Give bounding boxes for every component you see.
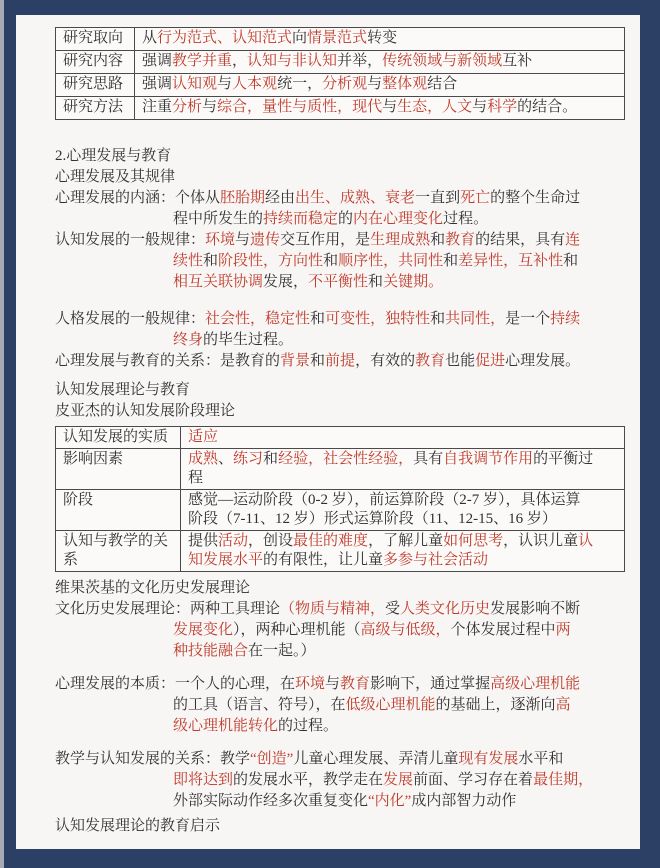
row-content: 注重分析与综合，量性与质性，现代与生态，人文与科学的结合。 [135,97,625,120]
table-row: 研究思路 强调认知观与人本观统一，分析观与整体观结合 [56,74,625,97]
cognitive-theory-heading: 认知发展理论与教育 [55,380,622,401]
row-content: 感觉—运动阶段（0-2 岁），前运算阶段（2-7 岁），具体运算阶段（7-11、… [181,490,625,531]
table-row: 认知与教学的关系 提供活动，创设最佳的难度，了解儿童如何思考，认识儿童认知发展水… [56,531,625,572]
piaget-theory-heading: 皮亚杰的认知发展阶段理论 [55,401,622,422]
row-label: 认知发展的实质 [56,427,181,449]
row-content: 强调认知观与人本观统一，分析观与整体观结合 [135,74,625,97]
document-page: 研究取向 从行为范式、认知范式向情景范式转变 研究内容 强调教学并重，认知与非认… [16,15,640,849]
table-row: 研究内容 强调教学并重，认知与非认知并举，传统领域与新领域互补 [56,51,625,74]
paragraph-nature-of-development: 心理发展的本质：一个人的心理，在环境与教育影响下，通过掌握高级心理机能的工具（语… [55,674,622,737]
row-content: 强调教学并重，认知与非认知并举，传统领域与新领域互补 [135,51,625,74]
row-label: 研究内容 [56,51,135,74]
table-row: 研究取向 从行为范式、认知范式向情景范式转变 [56,28,625,51]
row-label: 影响因素 [56,449,181,490]
vygotsky-theory-heading: 维果茨基的文化历史发展理论 [55,578,622,599]
paragraph-cultural-history-theory: 文化历史发展理论：两种工具理论（物质与精神，受人类文化历史发展影响不断发展变化）… [55,599,622,662]
piaget-stage-table: 认知发展的实质 适应 影响因素 成熟、练习和经验，社会性经验，具有自我调节作用的… [55,426,625,572]
paragraph-development-definition: 心理发展的内涵：个体从胚胎期经由出生、成熟、衰老一直到死亡的整个生命过程中所发生… [55,188,622,230]
row-label: 阶段 [56,490,181,531]
education-implications-heading: 认知发展理论的教育启示 [55,816,622,837]
table-row: 阶段 感觉—运动阶段（0-2 岁），前运算阶段（2-7 岁），具体运算阶段（7-… [56,490,625,531]
table-row: 研究方法 注重分析与综合，量性与质性，现代与生态，人文与科学的结合。 [56,97,625,120]
paragraph-cognitive-development-rules: 认知发展的一般规律：环境与遗传交互作用，是生理成熟和教育的结果，具有连续性和阶段… [55,230,622,293]
research-overview-table: 研究取向 从行为范式、认知范式向情景范式转变 研究内容 强调教学并重，认知与非认… [55,27,625,120]
row-label: 研究取向 [56,28,135,51]
paragraph-development-education-relation: 心理发展与教育的关系：是教育的背景和前提，有效的教育也能促进心理发展。 [55,351,622,372]
paragraph-teaching-development-relation: 教学与认知发展的关系：教学“创造”儿童心理发展、弄清儿童现有发展水平和即将达到的… [55,749,622,812]
row-content: 从行为范式、认知范式向情景范式转变 [135,28,625,51]
subsection-title: 心理发展及其规律 [55,167,622,188]
row-content: 适应 [181,427,625,449]
table-row: 认知发展的实质 适应 [56,427,625,449]
row-label: 研究方法 [56,97,135,120]
row-content: 成熟、练习和经验，社会性经验，具有自我调节作用的平衡过程 [181,449,625,490]
paragraph-personality-development-rules: 人格发展的一般规律：社会性，稳定性和可变性，独特性和共同性，是一个持续终身的毕生… [55,309,622,351]
left-edge-strip [0,0,4,868]
table-row: 影响因素 成熟、练习和经验，社会性经验，具有自我调节作用的平衡过程 [56,449,625,490]
row-label: 研究思路 [56,74,135,97]
row-content: 提供活动，创设最佳的难度，了解儿童如何思考，认识儿童认知发展水平的有限性，让儿童… [181,531,625,572]
row-label: 认知与教学的关系 [56,531,181,572]
section-title: 2.心理发展与教育 [55,146,622,167]
